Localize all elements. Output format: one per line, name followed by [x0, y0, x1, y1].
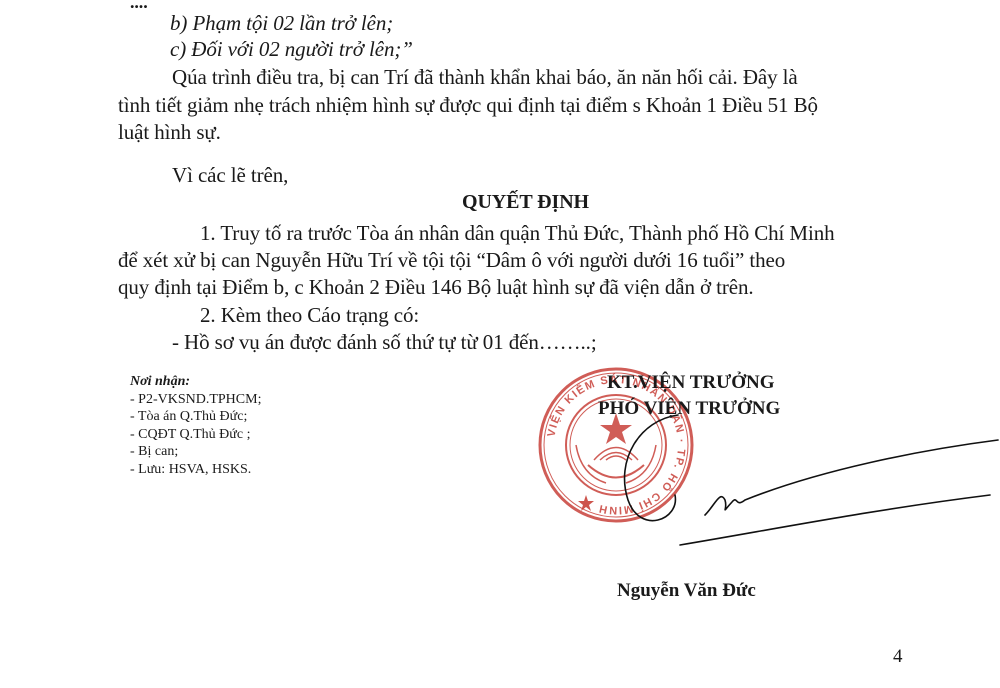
handwritten-signature-icon — [620, 410, 1000, 550]
mitigation-paragraph-line: luật hình sự. — [118, 120, 221, 145]
decision-heading: QUYẾT ĐỊNH — [462, 191, 589, 214]
because-line: Vì các lẽ trên, — [172, 163, 288, 188]
signer-title-2: PHÓ VIỆN TRƯỞNG — [598, 398, 780, 420]
recipient-item: - Bị can; — [130, 443, 261, 461]
page-number: 4 — [893, 646, 903, 668]
mitigation-paragraph-line: Qúa trình điều tra, bị can Trí đã thành … — [172, 65, 798, 90]
decision-2: 2. Kèm theo Cáo trạng có: — [200, 303, 419, 328]
ellipsis: .... — [130, 0, 148, 13]
recipient-item: - CQĐT Q.Thủ Đức ; — [130, 426, 261, 444]
recipients-title: Nơi nhận: — [130, 373, 261, 391]
signer-name: Nguyễn Văn Đức — [617, 580, 756, 602]
clause-item-b: b) Phạm tội 02 lần trở lên; — [170, 11, 393, 36]
recipients-block: Nơi nhận: - P2-VKSND.TPHCM; - Tòa án Q.T… — [130, 373, 261, 478]
decision-1-line: quy định tại Điểm b, c Khoản 2 Điều 146 … — [118, 275, 754, 300]
recipient-item: - Lưu: HSVA, HSKS. — [130, 461, 261, 479]
decision-1-line: để xét xử bị can Nguyễn Hữu Trí về tội t… — [118, 248, 785, 273]
mitigation-paragraph-line: tình tiết giảm nhẹ trách nhiệm hình sự đ… — [118, 93, 818, 118]
signer-title-1: KT.VIỆN TRƯỞNG — [607, 372, 775, 394]
recipient-item: - Tòa án Q.Thủ Đức; — [130, 408, 261, 426]
clause-item-c: c) Đối với 02 người trở lên;” — [170, 37, 413, 62]
recipient-item: - P2-VKSND.TPHCM; — [130, 391, 261, 409]
decision-1-line: 1. Truy tố ra trước Tòa án nhân dân quận… — [200, 221, 835, 246]
decision-2-item: - Hồ sơ vụ án được đánh số thứ tự từ 01 … — [172, 330, 597, 355]
